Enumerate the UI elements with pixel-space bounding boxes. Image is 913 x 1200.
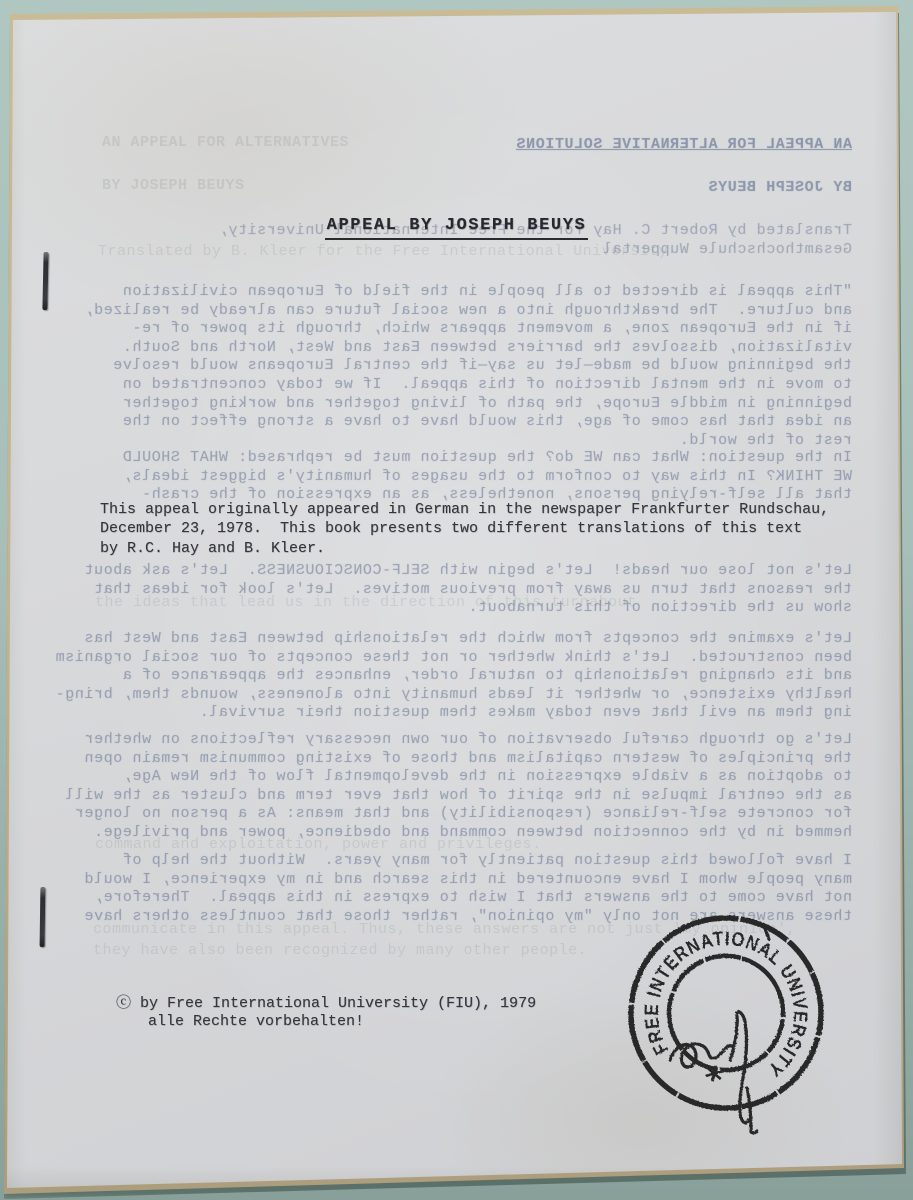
bleedthrough-byline: BY JOSEPH BEUYS [708,179,852,198]
text-line: vitalization, dissolves the barriers bet… [84,339,852,358]
text-line: as the central impulse in the spirit of … [65,787,852,806]
text-line: the principles of western capitalism and… [65,750,852,769]
copyright-line: ⓒ by Free International University (FIU)… [116,991,536,1012]
text-line: "This appeal is directed to all people i… [84,283,852,302]
text-line: and culture. The breakthrough into a new… [84,302,852,321]
undersheet-ghost-line: command and exploitation, power and priv… [95,836,542,853]
text-line: the beginning would be made—let us say—i… [84,357,852,376]
text-line: and its changing relationship to natural… [55,667,852,686]
undersheet-ghost-line: they have also been recognized by many o… [93,942,587,959]
undersheet-ghost-line: Translated by B. Kleer for the Free Inte… [98,243,668,260]
fiu-rubber-stamp: FREE INTERNATIONAL UNIVERSITY * [618,910,848,1160]
stamp-ring-text: FREE INTERNATIONAL UNIVERSITY [641,928,811,1081]
text-line: to move in the mental direction of this … [84,376,852,395]
text-line: to adoption as a viable expression in th… [65,768,852,787]
bleedthrough-paragraph: Let's examine the concepts from which th… [55,630,852,723]
text-line: ing them an evil that even today makes t… [55,704,852,723]
staple-bottom [40,887,46,947]
text-line: an idea that has come of age, this would… [84,413,852,432]
rights-reserved-line: alle Rechte vorbehalten! [148,1013,364,1030]
text-line: WE THINK? In this way to conform to the … [122,468,852,487]
text-line: if in the European zone, a movement appe… [84,320,852,339]
text-line: not have come to the answers that I wish… [84,889,852,908]
page-title-text: APPEAL BY JOSEPH BEUYS [325,216,589,240]
text-line: December 23, 1978. This book presents tw… [100,519,829,538]
undersheet-ghost-byline: BY JOSEPH BEUYS [102,177,245,194]
publication-notice: This appeal originally appeared in Germa… [100,500,829,558]
text-line: beginning in middle Europe, the path of … [84,395,852,414]
text-line: been constructed. Let's think whether or… [55,649,852,668]
text-line: I have followed this question patiently … [84,852,852,871]
text-line: for concrete self-reliance (responsibili… [65,805,852,824]
text-line: This appeal originally appeared in Germa… [100,500,829,519]
text-line: by R.C. Hay and B. Kleer. [100,539,829,558]
bleedthrough-title: AN APPEAL FOR ALTERNATIVE SOLUTIONS [516,136,852,155]
text-line: healthy existence, or whether it leads h… [55,686,852,705]
undersheet-ghost-line: the ideas that lead us in the direction … [95,594,637,611]
text-line: In the question: What can WE do? the que… [122,449,852,468]
text-line: Let's not lose our heads! Let's begin wi… [84,562,852,581]
undersheet-ghost-title: AN APPEAL FOR ALTERNATIVES [102,134,349,151]
page-title: APPEAL BY JOSEPH BEUYS [0,216,913,240]
text-line: Let's go through careful observation of … [65,731,852,750]
text-line: Let's examine the concepts from which th… [55,630,852,649]
text-line: many people whom I have encountered in t… [84,871,852,890]
photo-of-pamphlet-cover: { "scene": { "background_color": "#a8bfb… [0,0,913,1200]
text-line: rest of the world. [84,432,852,451]
bleedthrough-paragraph: In the question: What can WE do? the que… [122,449,852,505]
bleedthrough-paragraph: Let's go through careful observation of … [65,731,852,843]
bleedthrough-paragraph: "This appeal is directed to all people i… [84,283,852,450]
